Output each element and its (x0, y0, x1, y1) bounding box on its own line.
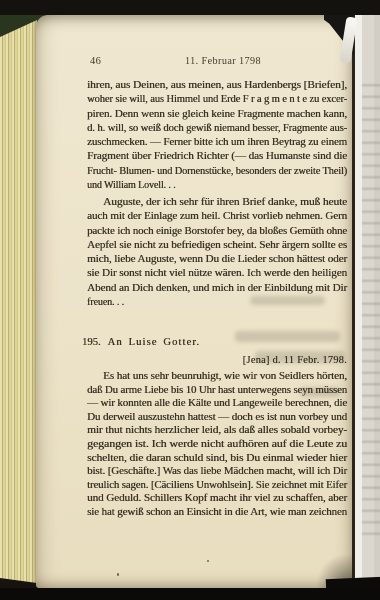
letter-paragraph: Auguste, der ich sehr für ihren Brief da… (87, 196, 347, 310)
page-stack-fore-edge (0, 20, 37, 586)
text-line: sie Dir sonst nicht viel nütze wären. Ic… (87, 267, 347, 281)
letter-paragraph: Es hat uns sehr beunruhigt, wie wir von … (87, 370, 347, 520)
show-through-text-lines (362, 75, 380, 535)
text-line: zuschmecken. — Ferner bitte ich um ihren… (87, 136, 347, 150)
text-line: schelten, die daran schuld sind, bis Du … (87, 452, 347, 466)
text-line: d. h. will, so weiß doch gewiß niemand b… (87, 122, 347, 136)
text-line: mir thut nichts herzlicher leid, als daß… (87, 424, 347, 438)
text-line: Aepfel sie nicht zu befriedigen scheint.… (87, 239, 347, 253)
book-scan-viewport: 46 11. Februar 1798 ihren, aus Deinen, a… (0, 0, 380, 600)
text-line: woher sie will, aus Himmel und Erde F r … (87, 93, 347, 107)
text-line: Auguste, der ich sehr für ihren Brief da… (87, 196, 347, 210)
text-line: gegangen ist. Ich werde nicht aufhören a… (87, 438, 347, 452)
text-line: und Geduld. Schillers Kopf macht ihr vie… (87, 492, 347, 506)
text-line: Du derweil auszustehn hattest — doch es … (87, 411, 347, 425)
letter-number: 195. (82, 337, 101, 348)
text-line: packte ich noch einige Borstofer bey, da… (87, 225, 347, 239)
text-line: ihren, aus Deinen, aus meinen, aus Harde… (87, 79, 347, 93)
text-line: Frucht- Blumen- und Dornenstücke, besond… (87, 165, 347, 179)
scanned-book-page: 46 11. Februar 1798 ihren, aus Deinen, a… (36, 15, 352, 588)
text-line: mich, liebe Auguste, wenn Du die Lieder … (87, 253, 347, 267)
text-line: piren. Denn wenn sie gleich keine Fragme… (87, 108, 347, 122)
text-line: bist. [Geschäfte.] Was das liebe Mädchen… (87, 465, 347, 479)
facing-page-sliver (352, 15, 380, 588)
text-line: Es hat uns sehr beunruhigt, wie wir von … (87, 370, 347, 384)
text-line: Abend an Dich denken, und mich in der Ei… (87, 282, 347, 296)
letter-addressee: An Luise Gotter. (108, 337, 201, 348)
page-header: 46 11. Februar 1798 (87, 56, 347, 70)
letter-dateline: [Jena] d. 11 Febr. 1798. (87, 354, 347, 368)
bottom-cover-bar (0, 588, 380, 600)
text-line: treulich sagen. [Cäciliens Unwohlsein]. … (87, 479, 347, 493)
letter-heading: 195.An Luise Gotter. (82, 335, 347, 350)
text-line: auch mit der Einlage zum heil. Christ vo… (87, 210, 347, 224)
running-head-date: 11. Februar 1798 (99, 56, 347, 67)
letter-paragraph: ihren, aus Deinen, aus meinen, aus Harde… (87, 79, 347, 193)
text-line: und William Lovell. . . (87, 179, 347, 193)
text-line: daß Du arme Liebe bis 10 Uhr hast unterw… (87, 384, 347, 398)
text-column: 46 11. Februar 1798 ihren, aus Deinen, a… (87, 15, 347, 588)
text-line: Fragment über Friedrich Richter (— das H… (87, 150, 347, 164)
top-cover-bar (0, 0, 380, 15)
text-line: freuen. . . (87, 296, 347, 310)
text-line: — wir konnten alle die Kälte und Langewe… (87, 397, 347, 411)
text-line: sie hat gewiß schon an Einsicht in die A… (87, 506, 347, 520)
